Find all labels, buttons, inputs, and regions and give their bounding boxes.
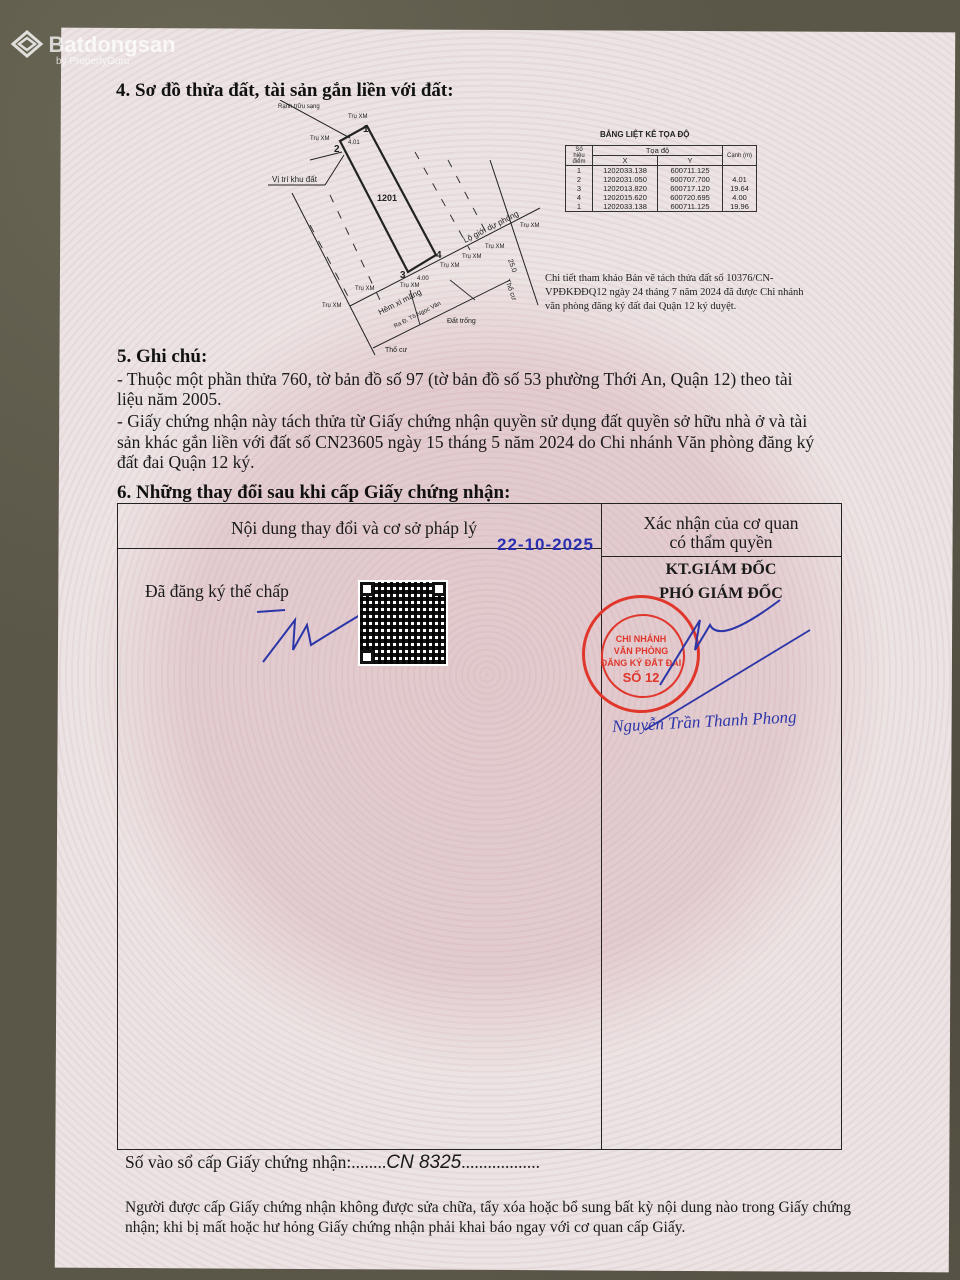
land-plot-diagram: Rạnh trữu sạng Vị trí khu đất 1201 2 1 3… [250, 100, 550, 360]
coord-table-title: BẢNG LIỆT KÊ TỌA ĐỘ [600, 130, 689, 139]
svg-text:Trụ XM: Trụ XM [485, 244, 504, 250]
qr-code[interactable] [358, 580, 448, 666]
svg-text:Lộ giới dự phóng: Lộ giới dự phóng [462, 209, 520, 245]
col-content-header: Nội dung thay đổi và cơ sở pháp lý [231, 518, 477, 539]
svg-text:3: 3 [400, 270, 406, 281]
svg-text:Rạnh trữu sạng: Rạnh trữu sạng [278, 104, 320, 110]
registration-number: Số vào sổ cấp Giấy chứng nhận:........CN… [125, 1152, 540, 1174]
watermark-sub: by PropertyGuru [56, 56, 176, 67]
initial-signature [255, 600, 365, 670]
date-stamp: 22-10-2025 [497, 535, 594, 555]
watermark: Batdongsan by PropertyGuru [10, 28, 176, 67]
svg-text:Đất trống: Đất trống [447, 316, 476, 325]
svg-text:Thổ cư: Thổ cư [503, 278, 518, 302]
svg-text:Trụ XM: Trụ XM [322, 303, 341, 309]
svg-text:Trụ XM: Trụ XM [355, 286, 374, 292]
note-line-1: - Thuộc một phần thửa 760, tờ bản đồ số … [117, 369, 793, 390]
note-line-2: liệu năm 2005. [117, 389, 222, 410]
svg-text:Trụ XM: Trụ XM [348, 114, 367, 120]
coord-table: Số hiệu điểm Tọa độ Cạnh (m) X Y 1120203… [565, 145, 757, 212]
svg-text:25.0: 25.0 [506, 258, 517, 273]
svg-text:Trụ XM: Trụ XM [310, 136, 329, 142]
svg-text:Thổ cư: Thổ cư [385, 346, 408, 354]
note-line-3: - Giấy chứng nhận này tách thửa từ Giấy … [117, 411, 807, 432]
house-logo-icon [10, 28, 44, 62]
warning-text: Người được cấp Giấy chứng nhận không đượ… [125, 1198, 855, 1238]
watermark-brand: Batdongsan [48, 32, 175, 57]
svg-text:Trụ XM: Trụ XM [440, 263, 459, 269]
svg-text:2: 2 [334, 144, 340, 155]
svg-text:Trụ XM: Trụ XM [462, 254, 481, 260]
svg-text:4: 4 [436, 250, 442, 261]
note-line-5: đất đai Quận 12 ký. [117, 452, 255, 473]
svg-text:1: 1 [363, 124, 369, 135]
svg-text:Trụ XM: Trụ XM [520, 223, 539, 229]
col-confirm-header: Xác nhận của cơ quan có thẩm quyền [601, 514, 841, 552]
section5-heading: 5. Ghi chú: [117, 346, 207, 368]
svg-text:Vị trí khu đất: Vị trí khu đất [272, 175, 318, 184]
svg-text:4.01: 4.01 [348, 140, 360, 146]
svg-text:4.00: 4.00 [417, 276, 429, 282]
note-line-4: sản khác gắn liền với đất số CN23605 ngà… [117, 432, 814, 453]
section6-heading: 6. Những thay đổi sau khi cấp Giấy chứng… [117, 482, 510, 504]
change-entry: Đã đăng ký thế chấp [145, 581, 289, 602]
coord-note: Chi tiết tham khảo Bản vẽ tách thửa đất … [545, 272, 805, 314]
section4-heading: 4. Sơ đồ thửa đất, tài sản gắn liền với … [116, 80, 454, 102]
svg-text:1201: 1201 [377, 193, 397, 203]
